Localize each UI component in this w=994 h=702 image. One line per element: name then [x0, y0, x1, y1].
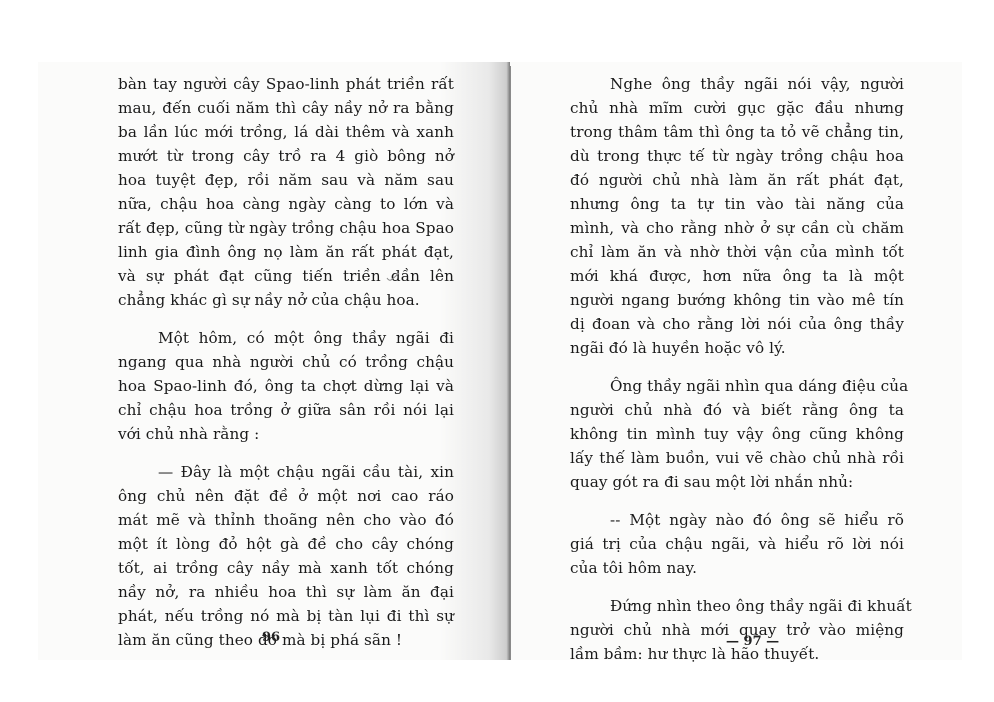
text-line: một ít lòng đỏ hột gà đề cho cây chóng: [118, 532, 454, 556]
text-line: Nghe ông thầy ngãi nói vậy, người: [570, 72, 904, 96]
text-line: với chủ nhà rằng :: [118, 422, 454, 446]
paragraph: Một hôm, có một ông thầy ngãi đingang qu…: [118, 326, 454, 446]
text-line: nầy nở, ra nhiều hoa thì sự làm ăn đại: [118, 580, 454, 604]
text-line: hoa tuyệt đẹp, rồi năm sau và năm sau: [118, 168, 454, 192]
text-line: người ngang bướng không tin vào mê tín: [570, 288, 904, 312]
page-number-right: — 97 —: [726, 634, 779, 649]
text-line: ông chủ nên đặt đề ở một nơi cao ráo: [118, 484, 454, 508]
paragraph: Nghe ông thầy ngãi nói vậy, ngườichủ nhà…: [570, 72, 904, 360]
text-line: của tôi hôm nay.: [570, 556, 904, 580]
text-line: mới khá được, hơn nữa ông ta là một: [570, 264, 904, 288]
text-line: quay gót ra đi sau một lời nhắn nhủ:: [570, 470, 904, 494]
book-spine-line: [510, 66, 511, 660]
text-line: chỉ chậu hoa trồng ở giữa sân rồi nói lạ…: [118, 398, 454, 422]
right-page: Nghe ông thầy ngãi nói vậy, ngườichủ nhà…: [570, 72, 904, 680]
text-line: đó người chủ nhà làm ăn rất phát đạt,: [570, 168, 904, 192]
text-line: mình, và cho rằng nhờ ở sự cần cù chăm: [570, 216, 904, 240]
text-line: rất đẹp, cũng từ ngày trồng chậu hoa Spa…: [118, 216, 454, 240]
text-line: Ông thầy ngãi nhìn qua dáng điệu của: [570, 374, 904, 398]
pencil-checkmark-icon: [386, 272, 400, 282]
text-line: mau, đến cuối năm thì cây nầy nở ra bằng: [118, 96, 454, 120]
text-line: mướt từ trong cây trồ ra 4 giò bông nở: [118, 144, 454, 168]
text-line: người chủ nhà đó và biết rằng ông ta: [570, 398, 904, 422]
text-line: lấy thế làm buồn, vui vẽ chào chủ nhà rồ…: [570, 446, 904, 470]
text-line: dị đoan và cho rằng lời nói của ông thầy: [570, 312, 904, 336]
paragraph: Ông thầy ngãi nhìn qua dáng điệu củangườ…: [570, 374, 904, 494]
text-line: và sự phát đạt cũng tiến triền dần lên: [118, 264, 454, 288]
text-line: Một hôm, có một ông thầy ngãi đi: [118, 326, 454, 350]
text-line: làm ăn cũng theo đó mà bị phá sãn !: [118, 628, 454, 652]
text-line: bàn tay người cây Spao-linh phát triền r…: [118, 72, 454, 96]
text-line: dù trong thực tế từ ngày trồng chậu hoa: [570, 144, 904, 168]
paragraph: — Đây là một chậu ngãi cầu tài, xinông c…: [118, 460, 454, 652]
text-line: tốt, ai trồng cây nầy mà xanh tốt chóng: [118, 556, 454, 580]
text-line: -- Một ngày nào đó ông sẽ hiểu rõ: [570, 508, 904, 532]
text-line: giá trị của chậu ngãi, và hiểu rõ lời nó…: [570, 532, 904, 556]
text-line: phát, nếu trồng nó mà bị tàn lụi đi thì …: [118, 604, 454, 628]
text-line: hoa Spao-linh đó, ông ta chợt dừng lại v…: [118, 374, 454, 398]
text-line: — Đây là một chậu ngãi cầu tài, xin: [118, 460, 454, 484]
text-line: chỉ làm ăn và nhờ thời vận của mình tốt: [570, 240, 904, 264]
text-line: nhưng ông ta tự tin vào tài năng của: [570, 192, 904, 216]
text-line: ngãi đó là huyền hoặc vô lý.: [570, 336, 904, 360]
paragraph: -- Một ngày nào đó ông sẽ hiểu rõgiá trị…: [570, 508, 904, 580]
text-line: chủ nhà mĩm cười gục gặc đầu nhưng: [570, 96, 904, 120]
text-line: linh gia đình ông nọ làm ăn rất phát đạt…: [118, 240, 454, 264]
text-line: không tin mình tuy vậy ông cũng không: [570, 422, 904, 446]
text-line: mát mẽ và thỉnh thoãng nên cho vào đó: [118, 508, 454, 532]
text-line: chẳng khác gì sự nầy nở của chậu hoa.: [118, 288, 454, 312]
paragraph: bàn tay người cây Spao-linh phát triền r…: [118, 72, 454, 312]
text-line: ngang qua nhà người chủ có trồng chậu: [118, 350, 454, 374]
page-number-left: 96: [262, 630, 280, 645]
left-page: bàn tay người cây Spao-linh phát triền r…: [118, 72, 454, 666]
text-line: ba lần lúc mới trồng, lá dài thêm và xan…: [118, 120, 454, 144]
text-line: Đứng nhìn theo ông thầy ngãi đi khuất: [570, 594, 904, 618]
text-line: nữa, chậu hoa càng ngày càng to lớn và: [118, 192, 454, 216]
paragraph: Đứng nhìn theo ông thầy ngãi đi khuấtngư…: [570, 594, 904, 666]
text-line: trong thâm tâm thì ông ta tỏ vẽ chẳng ti…: [570, 120, 904, 144]
